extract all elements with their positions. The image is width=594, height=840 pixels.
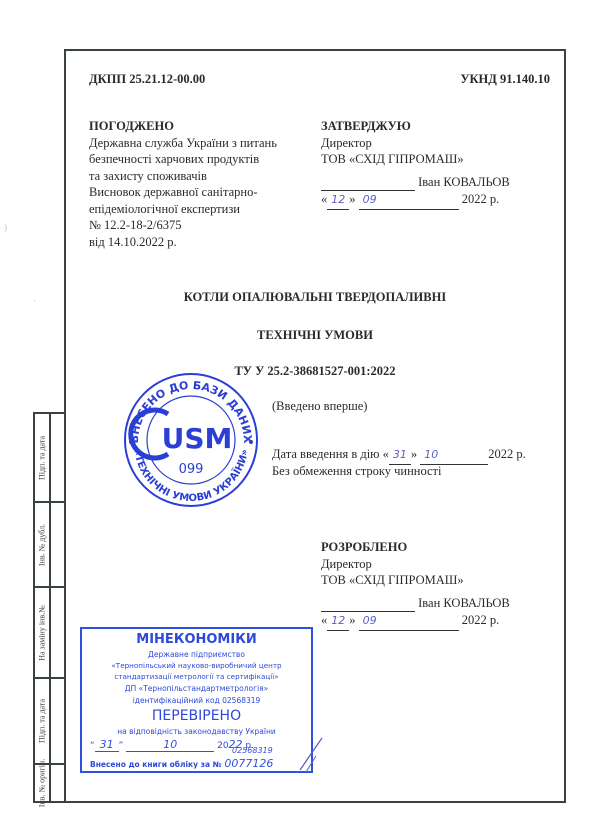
- agreed-line: № 12.2-18-2/6375: [89, 217, 277, 234]
- effective-date: Дата введення в дію «31» 102022 р.: [272, 446, 526, 465]
- effective-date-label: Дата введення в дію: [272, 447, 380, 461]
- signature-stroke: [296, 734, 326, 774]
- developed-month: 09: [359, 613, 459, 631]
- stamp-registry: Внесено до книги обліку за № 0077126: [82, 757, 311, 770]
- side-row: На заміну інв.№: [35, 588, 66, 679]
- introduced-first-time: (Введено вперше): [272, 398, 367, 415]
- approved-signature-line: Іван КОВАЛЬОВ: [321, 174, 510, 192]
- uknd-code: УКНД 91.140.10: [460, 71, 550, 88]
- stamp-enterprise: Державне підприємство: [82, 650, 311, 659]
- approved-month: 09: [359, 192, 459, 210]
- database-round-stamp: ВНЕСЕНО ДО БАЗИ ДАНИХ «ТЕХНІЧНІ УМОВИ УК…: [118, 370, 264, 508]
- stamp-short-name: ДП «Тернопільстандартметрологія»: [82, 684, 311, 693]
- side-row: Інв. № дубл.: [35, 503, 66, 588]
- stamp-date: “31” 10 2022 р.: [82, 738, 311, 752]
- side-row: Підп. та дата: [35, 414, 66, 503]
- agreed-line: від 14.10.2022 р.: [89, 234, 277, 251]
- stamp-day: 31: [95, 738, 119, 752]
- approved-block: ЗАТВЕРДЖУЮ Директор ТОВ «СХІД ГІПРОМАШ» …: [321, 118, 510, 210]
- document-title: КОТЛИ ОПАЛЮВАЛЬНІ ТВЕРДОПАЛИВНІ: [64, 290, 566, 305]
- developed-title: РОЗРОБЛЕНО: [321, 539, 510, 556]
- side-label: Інв. № оригін.: [38, 759, 47, 807]
- scan-speck: ): [4, 222, 7, 232]
- stamp-month: 10: [126, 738, 214, 752]
- side-row: Інв. № оригін.: [35, 765, 66, 801]
- stamp-ministry: МІНЕКОНОМІКИ: [82, 632, 311, 647]
- side-signature-table: Підп. та дата Інв. № дубл. На заміну інв…: [33, 412, 66, 803]
- stamp-center-line2: стандартизації метрології та сертифікаці…: [82, 672, 311, 681]
- developed-year: 2022 р.: [462, 613, 500, 627]
- stamp-center-line1: «Тернопільський науково-виробничий центр: [82, 661, 311, 670]
- dkpp-code: ДКПП 25.21.12-00.00: [89, 71, 205, 88]
- approved-signatory: Іван КОВАЛЬОВ: [418, 175, 510, 189]
- developed-day: 12: [327, 613, 349, 631]
- agreed-line: Висновок державної санітарно-: [89, 184, 277, 201]
- approved-title: ЗАТВЕРДЖУЮ: [321, 118, 510, 135]
- side-row: Підп. та дата: [35, 679, 66, 765]
- stamp-checked: ПЕРЕВІРЕНО: [82, 708, 311, 724]
- developed-company: ТОВ «СХІД ГІПРОМАШ»: [321, 572, 510, 589]
- effective-year: 2022 р.: [488, 447, 526, 461]
- stamp-registry-hand-bottom: 0077126: [224, 757, 273, 770]
- approved-position: Директор: [321, 135, 510, 152]
- agreed-line: Державна служба України з питань: [89, 135, 277, 152]
- agreed-line: та захисту споживачів: [89, 168, 277, 185]
- validity-note: Без обмеження строку чинності: [272, 463, 442, 480]
- approved-year: 2022 р.: [462, 192, 500, 206]
- effective-day: 31: [389, 447, 411, 465]
- developed-position: Директор: [321, 556, 510, 573]
- developed-block: РОЗРОБЛЕНО Директор ТОВ «СХІД ГІПРОМАШ» …: [321, 539, 510, 631]
- verification-rect-stamp: МІНЕКОНОМІКИ Державне підприємство «Терн…: [80, 627, 313, 773]
- effective-month: 10: [420, 447, 488, 465]
- agreed-line: безпечності харчових продуктів: [89, 151, 277, 168]
- document-subtitle: ТЕХНІЧНІ УМОВИ: [64, 328, 566, 343]
- agreed-block: ПОГОДЖЕНО Державна служба України з пита…: [89, 118, 277, 250]
- side-label: Інв. № дубл.: [38, 523, 47, 565]
- scan-speck: ·: [33, 296, 36, 306]
- stamp-id-code: ідентифікаційний код 02568319: [82, 696, 311, 705]
- agreed-title: ПОГОДЖЕНО: [89, 118, 277, 135]
- stamp-registry-hand-top: 02568319: [232, 746, 273, 755]
- approved-day: 12: [327, 192, 349, 210]
- approved-date: «12» 09 2022 р.: [321, 191, 510, 210]
- side-label: Підп. та дата: [38, 699, 47, 743]
- stamp-compliance: на відповідність законодавству України: [82, 727, 311, 736]
- approved-company: ТОВ «СХІД ГІПРОМАШ»: [321, 151, 510, 168]
- agreed-line: епідеміологічної експертизи: [89, 201, 277, 218]
- round-stamp-number: 099: [179, 462, 204, 477]
- side-label: Підп. та дата: [38, 435, 47, 479]
- developed-date: «12» 09 2022 р.: [321, 612, 510, 631]
- developed-signature-line: Іван КОВАЛЬОВ: [321, 595, 510, 613]
- usm-logo: USM: [162, 422, 233, 455]
- developed-signatory: Іван КОВАЛЬОВ: [418, 596, 510, 610]
- side-label: На заміну інв.№: [38, 605, 47, 661]
